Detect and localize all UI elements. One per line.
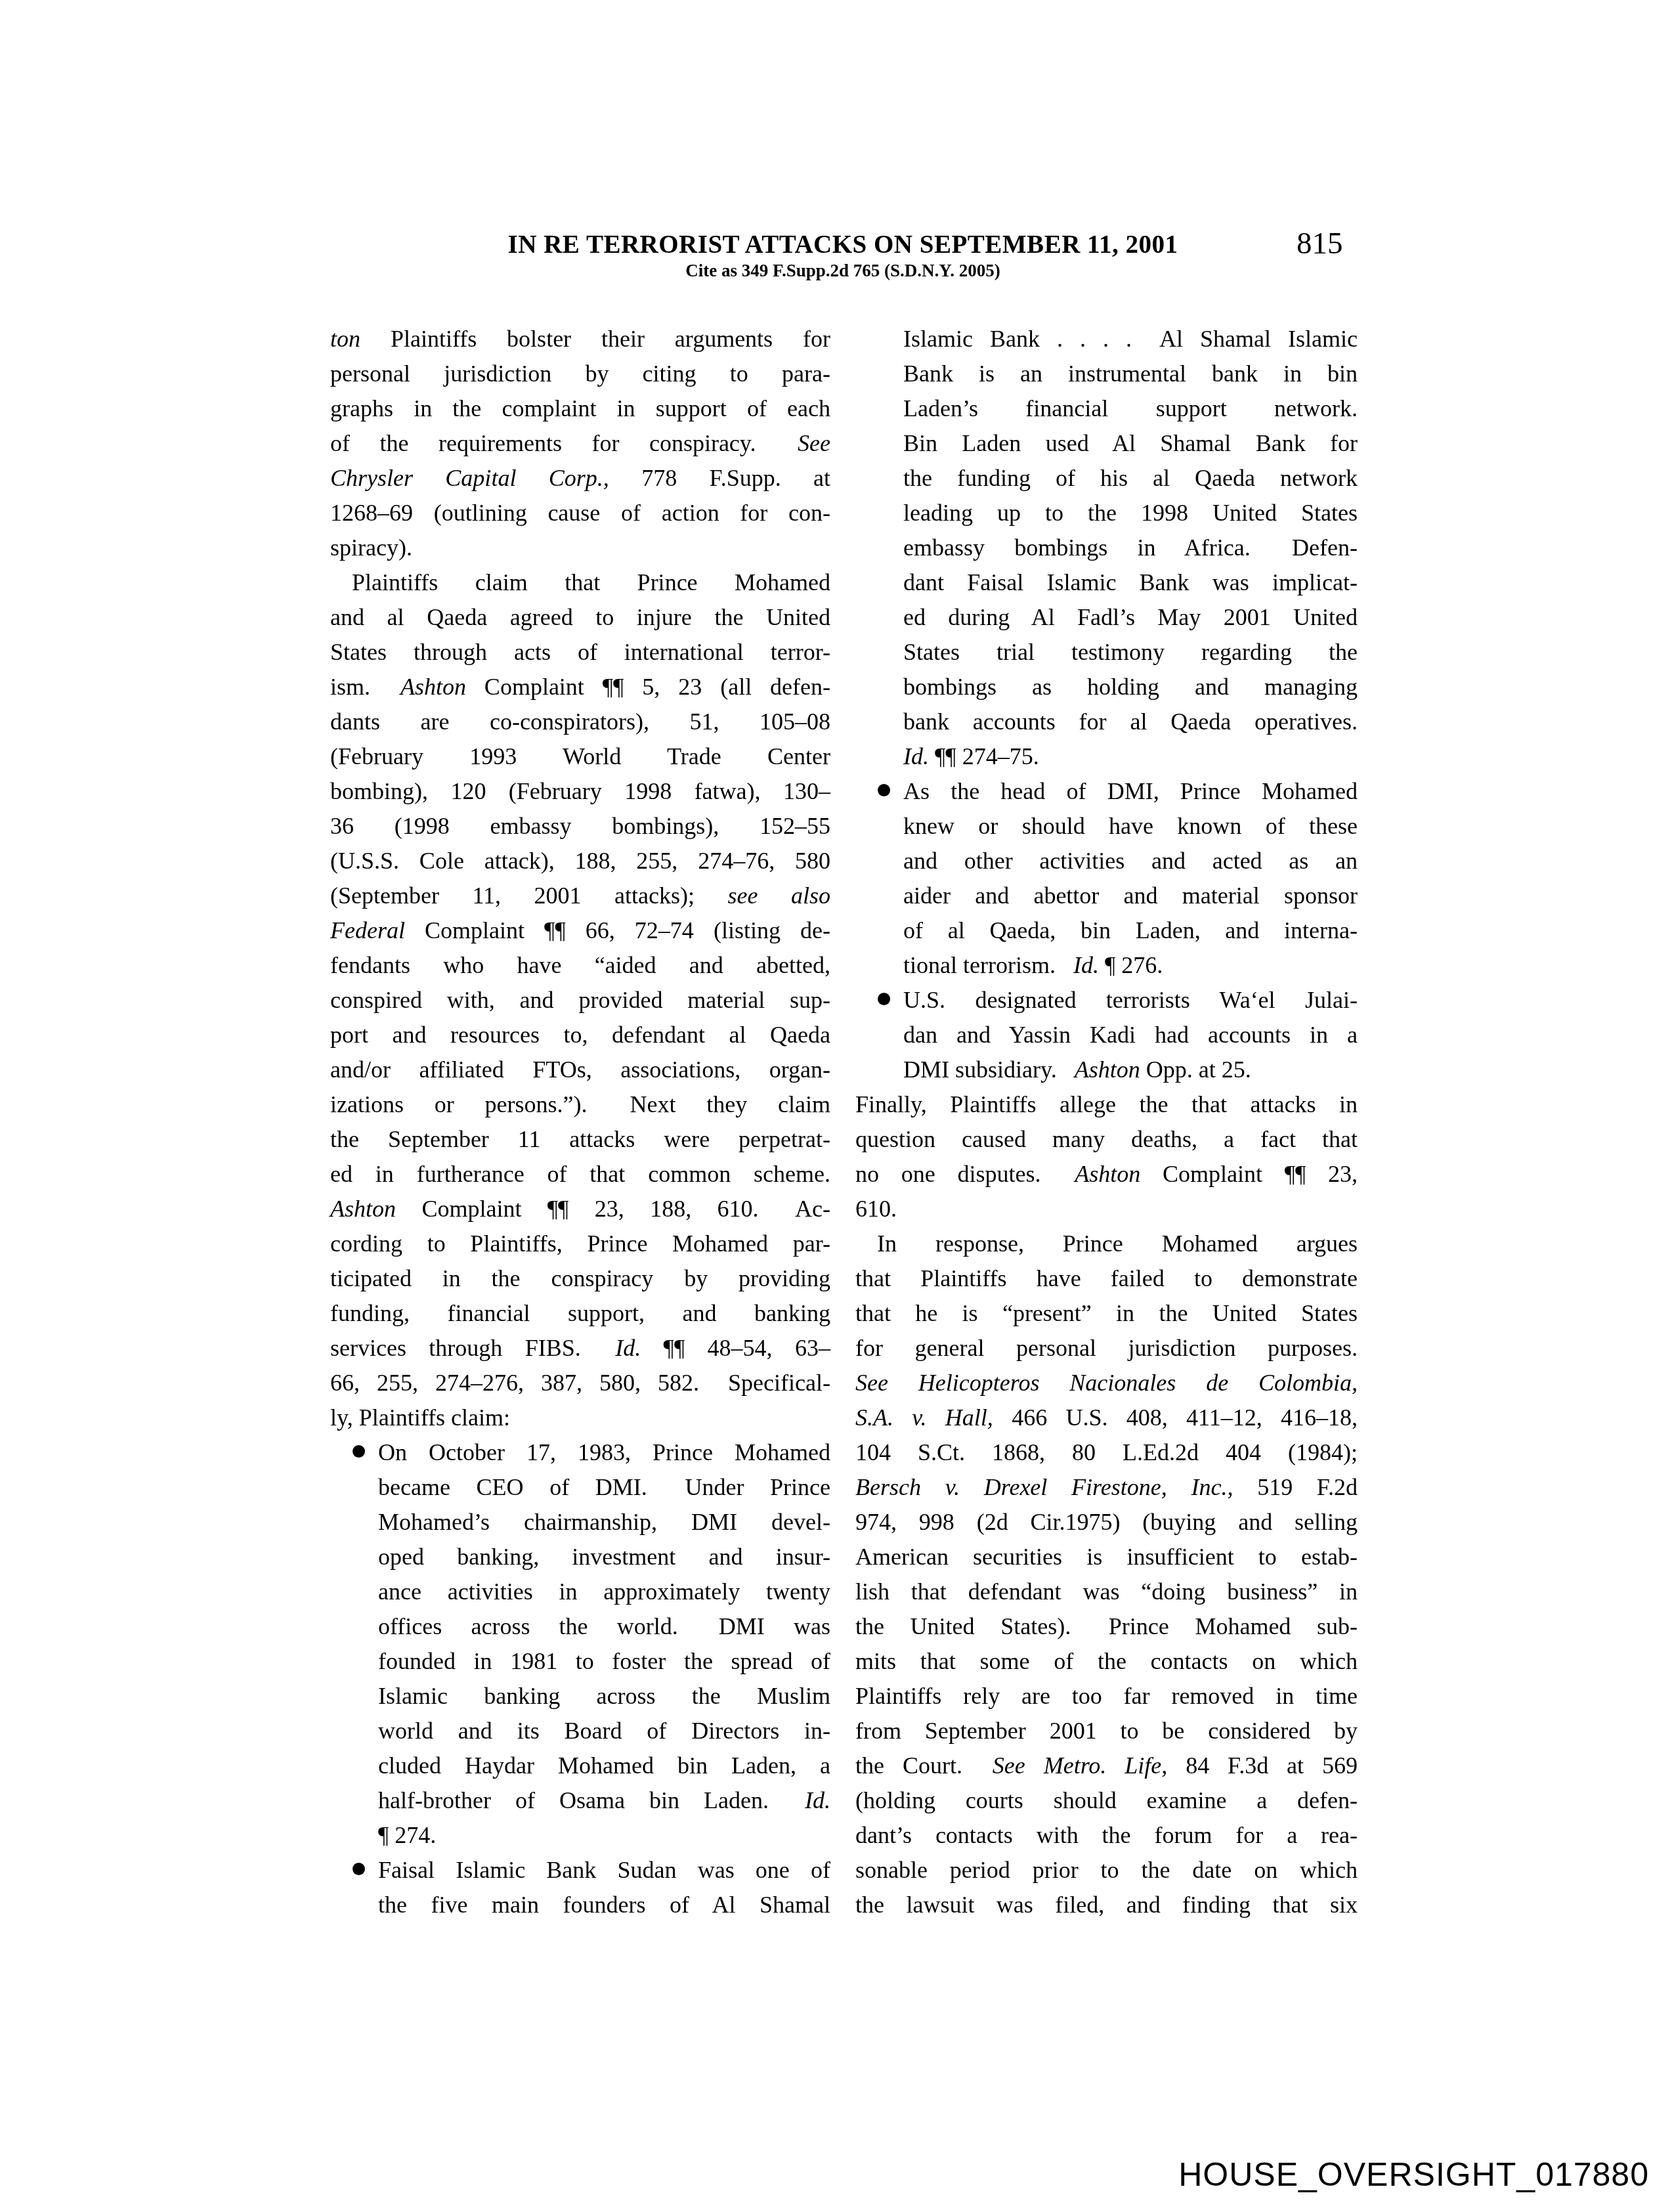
- text-line: that he is “present” in the United State…: [855, 1296, 1358, 1331]
- bullet-icon: [878, 993, 890, 1005]
- bullet-icon: [353, 1863, 365, 1875]
- text-line: aider and abettor and material sponsor: [903, 878, 1358, 913]
- text-line: See Helicopteros Nacionales de Colombia,: [855, 1366, 1358, 1400]
- text-line: dan and Yassin Kadi had accounts in a: [903, 1018, 1358, 1052]
- text-line: became CEO of DMI. Under Prince: [378, 1470, 830, 1505]
- text-line: knew or should have known of these: [903, 809, 1358, 844]
- text-line: cording to Plaintiffs, Prince Mohamed pa…: [330, 1226, 830, 1261]
- text-line: Laden’s financial support network.: [903, 391, 1358, 426]
- text-line: izations or persons.”). Next they claim: [330, 1087, 830, 1122]
- text-line: Chrysler Capital Corp., 778 F.Supp. at: [330, 461, 830, 496]
- text-line: Faisal Islamic Bank Sudan was one of: [378, 1853, 830, 1888]
- bullet-item: As the head of DMI, Prince Mohamedknew o…: [855, 774, 1358, 983]
- text-line: dants are co-conspirators), 51, 105–08: [330, 705, 830, 739]
- text-line: DMI subsidiary. Ashton Opp. at 25.: [903, 1052, 1358, 1087]
- text-line: 1268–69 (outlining cause of action for c…: [330, 496, 830, 531]
- text-line: (September 11, 2001 attacks); see also: [330, 878, 830, 913]
- running-head-case-title: IN RE TERRORIST ATTACKS ON SEPTEMBER 11,…: [330, 231, 1356, 259]
- text-line: States through acts of international ter…: [330, 635, 830, 670]
- text-line: half-brother of Osama bin Laden. Id.: [378, 1783, 830, 1818]
- text-line: Federal Complaint ¶¶ 66, 72–74 (listing …: [330, 913, 830, 948]
- text-line: personal jurisdiction by citing to para-: [330, 357, 830, 391]
- document-page: IN RE TERRORIST ATTACKS ON SEPTEMBER 11,…: [0, 0, 1674, 2212]
- text-line: bombings as holding and managing: [903, 670, 1358, 705]
- text-line: Id. ¶¶ 274–75.: [903, 739, 1358, 774]
- text-line: the United States). Prince Mohamed sub-: [855, 1609, 1358, 1644]
- text-line: Islamic banking across the Muslim: [378, 1679, 830, 1714]
- text-line: In response, Prince Mohamed argues: [855, 1226, 1358, 1261]
- text-line: no one disputes. Ashton Complaint ¶¶ 23,: [855, 1157, 1358, 1192]
- text-line: (holding courts should examine a defen-: [855, 1783, 1358, 1818]
- text-line: (February 1993 World Trade Center: [330, 739, 830, 774]
- paragraph: Plaintiffs claim that Prince Mohamedand …: [330, 565, 830, 1435]
- text-line: ticipated in the conspiracy by providing: [330, 1261, 830, 1296]
- text-line: for general personal jurisdiction purpos…: [855, 1331, 1358, 1366]
- text-line: dant Faisal Islamic Bank was implicat-: [903, 565, 1358, 600]
- text-line: fendants who have “aided and abetted,: [330, 948, 830, 983]
- text-line: dant’s contacts with the forum for a rea…: [855, 1818, 1358, 1853]
- paragraph: In response, Prince Mohamed arguesthat P…: [855, 1226, 1358, 1922]
- text-line: and other activities and acted as an: [903, 844, 1358, 878]
- text-line: American securities is insufficient to e…: [855, 1540, 1358, 1574]
- text-line: from September 2001 to be considered by: [855, 1714, 1358, 1748]
- text-line: ¶ 274.: [378, 1818, 830, 1853]
- text-line: Islamic Bank . . . . Al Shamal Islamic: [903, 322, 1358, 357]
- text-line: Bank is an instrumental bank in bin: [903, 357, 1358, 391]
- text-line: tional terrorism. Id. ¶ 276.: [903, 948, 1358, 983]
- text-line: lish that defendant was “doing business”…: [855, 1574, 1358, 1609]
- text-line: ly, Plaintiffs claim:: [330, 1400, 830, 1435]
- text-line: cluded Haydar Mohamed bin Laden, a: [378, 1748, 830, 1783]
- text-line: U.S. designated terrorists Wa‘el Julai-: [903, 983, 1358, 1018]
- page-number: 815: [1297, 228, 1369, 259]
- text-line: S.A. v. Hall, 466 U.S. 408, 411–12, 416–…: [855, 1400, 1358, 1435]
- text-line: 66, 255, 274–276, 387, 580, 582. Specifi…: [330, 1366, 830, 1400]
- text-line: founded in 1981 to foster the spread of: [378, 1644, 830, 1679]
- text-line: Plaintiffs rely are too far removed in t…: [855, 1679, 1358, 1714]
- text-line: oped banking, investment and insur-: [378, 1540, 830, 1574]
- text-line: ism. Ashton Complaint ¶¶ 5, 23 (all defe…: [330, 670, 830, 705]
- text-line: States trial testimony regarding the: [903, 635, 1358, 670]
- bullet-icon: [353, 1445, 365, 1458]
- text-line: graphs in the complaint in support of ea…: [330, 391, 830, 426]
- text-line: sonable period prior to the date on whic…: [855, 1853, 1358, 1888]
- text-line: 974, 998 (2d Cir.1975) (buying and selli…: [855, 1505, 1358, 1540]
- text-line: mits that some of the contacts on which: [855, 1644, 1358, 1679]
- text-line: the funding of his al Qaeda network: [903, 461, 1358, 496]
- text-line: Ashton Complaint ¶¶ 23, 188, 610. Ac-: [330, 1192, 830, 1226]
- text-line: Mohamed’s chairmanship, DMI devel-: [378, 1505, 830, 1540]
- text-line: that Plaintiffs have failed to demonstra…: [855, 1261, 1358, 1296]
- text-line: spiracy).: [330, 531, 830, 565]
- text-column-right: Islamic Bank . . . . Al Shamal IslamicBa…: [855, 322, 1358, 1922]
- bullet-item: On October 17, 1983, Prince Mohamedbecam…: [330, 1435, 830, 1853]
- text-line: (U.S.S. Cole attack), 188, 255, 274–76, …: [330, 844, 830, 878]
- text-line: bombing), 120 (February 1998 fatwa), 130…: [330, 774, 830, 809]
- text-line: of the requirements for conspiracy. See: [330, 426, 830, 461]
- text-line: ed in furtherance of that common scheme.: [330, 1157, 830, 1192]
- text-column-left: ton Plaintiffs bolster their arguments f…: [330, 322, 830, 1922]
- bullet-item: Faisal Islamic Bank Sudan was one ofthe …: [330, 1853, 830, 1922]
- text-line: 610.: [855, 1192, 1358, 1226]
- text-line: 36 (1998 embassy bombings), 152–55: [330, 809, 830, 844]
- text-line: leading up to the 1998 United States: [903, 496, 1358, 531]
- text-line: of al Qaeda, bin Laden, and interna-: [903, 913, 1358, 948]
- text-line: Plaintiffs claim that Prince Mohamed: [330, 565, 830, 600]
- text-line: embassy bombings in Africa. Defen-: [903, 531, 1358, 565]
- text-line: question caused many deaths, a fact that: [855, 1122, 1358, 1157]
- paragraph: Finally, Plaintiffs allege the that atta…: [855, 1087, 1358, 1226]
- text-line: conspired with, and provided material su…: [330, 983, 830, 1018]
- text-line: and al Qaeda agreed to injure the United: [330, 600, 830, 635]
- text-line: On October 17, 1983, Prince Mohamed: [378, 1435, 830, 1470]
- text-line: and/or affiliated FTOs, associations, or…: [330, 1052, 830, 1087]
- bullet-item-continuation: Islamic Bank . . . . Al Shamal IslamicBa…: [855, 322, 1358, 774]
- text-line: Bersch v. Drexel Firestone, Inc., 519 F.…: [855, 1470, 1358, 1505]
- text-line: 104 S.Ct. 1868, 80 L.Ed.2d 404 (1984);: [855, 1435, 1358, 1470]
- text-line: world and its Board of Directors in-: [378, 1714, 830, 1748]
- bates-number: HOUSE_OVERSIGHT_017880: [1178, 2156, 1649, 2194]
- text-line: the Court. See Metro. Life, 84 F.3d at 5…: [855, 1748, 1358, 1783]
- bullet-item: U.S. designated terrorists Wa‘el Julai-d…: [855, 983, 1358, 1087]
- text-line: ton Plaintiffs bolster their arguments f…: [330, 322, 830, 357]
- text-line: As the head of DMI, Prince Mohamed: [903, 774, 1358, 809]
- text-line: ed during Al Fadl’s May 2001 United: [903, 600, 1358, 635]
- text-line: offices across the world. DMI was: [378, 1609, 830, 1644]
- text-line: port and resources to, defendant al Qaed…: [330, 1018, 830, 1052]
- text-line: ance activities in approximately twenty: [378, 1574, 830, 1609]
- text-line: funding, financial support, and banking: [330, 1296, 830, 1331]
- text-line: the lawsuit was filed, and finding that …: [855, 1888, 1358, 1922]
- text-line: the September 11 attacks were perpetrat-: [330, 1122, 830, 1157]
- citation-line: Cite as 349 F.Supp.2d 765 (S.D.N.Y. 2005…: [330, 261, 1356, 280]
- text-line: Bin Laden used Al Shamal Bank for: [903, 426, 1358, 461]
- text-line: bank accounts for al Qaeda operatives.: [903, 705, 1358, 739]
- bullet-icon: [878, 784, 890, 796]
- text-line: services through FIBS. Id. ¶¶ 48–54, 63–: [330, 1331, 830, 1366]
- text-line: Finally, Plaintiffs allege the that atta…: [855, 1087, 1358, 1122]
- text-line: the five main founders of Al Shamal: [378, 1888, 830, 1922]
- paragraph: ton Plaintiffs bolster their arguments f…: [330, 322, 830, 565]
